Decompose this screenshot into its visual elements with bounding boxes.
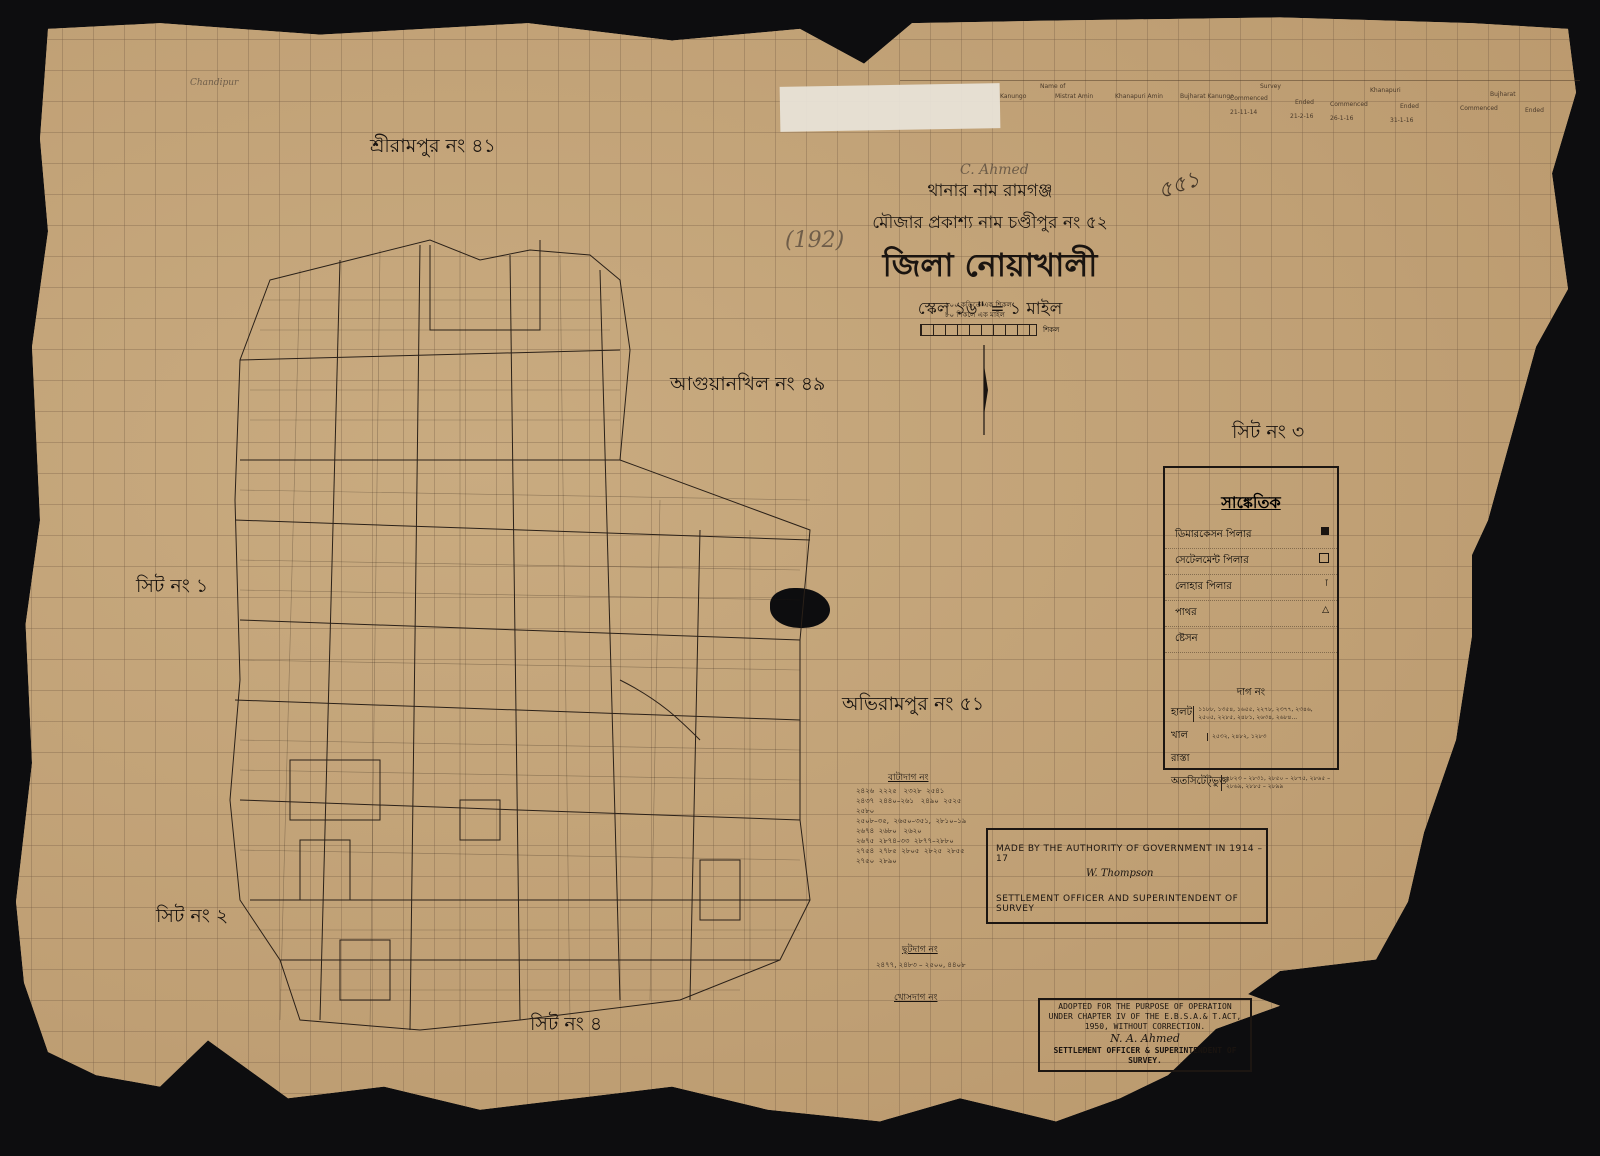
hollow-square-icon	[1319, 553, 1329, 563]
cadastral-plot-map	[220, 200, 820, 1060]
thana-name: থানার নাম রামগঞ্জ	[840, 178, 1140, 206]
legend-title: সাঙ্কেতিক	[1165, 490, 1337, 517]
legend-item: ডিমারকেসন পিলার	[1165, 523, 1337, 549]
scale-bar	[920, 324, 1037, 336]
map-legend: সাঙ্কেতিক ডিমারকেসন পিলার সেটেলমেন্ট পিল…	[1163, 466, 1339, 770]
survey-record-table: Name of Kanungo Mistrat Amin Khanapuri A…	[900, 80, 1580, 129]
scale-bar-block: ১০০ কড়িতে এক শিকল ৮০ শিকলে এক মাইল শিকল	[920, 300, 1070, 336]
cadastral-map-sheet: Name of Kanungo Mistrat Amin Khanapuri A…	[0, 0, 1600, 1156]
district-name: জিলা নোয়াখালী	[840, 240, 1140, 294]
adjacent-sheet-2: সিট নং ২	[156, 902, 228, 934]
mouza-name: মৌজার প্রকাশ্য নাম চণ্ডীপুর নং ৫২	[840, 210, 1140, 238]
legend-item: ষ্টেসন	[1165, 627, 1337, 653]
adjacent-sheet-1: সিট নং ১	[136, 572, 208, 604]
dag-row: অতসিটেট্‌ভুক্ত২৮২৩ – ২৮৩১, ২৮৫০ – ২৮৭৫, …	[1165, 771, 1337, 794]
top-left-note: Chandipur	[190, 78, 238, 88]
pin-icon: ⊺	[1324, 579, 1329, 596]
triangle-icon: △	[1322, 605, 1329, 622]
adjacent-mouza-north: শ্রীরামপুর নং ৪১	[370, 132, 496, 164]
dag-row: খাল২৫৩২, ২৪৮২, ১২৮৩	[1165, 725, 1337, 748]
signature: N. A. Ahmed	[1040, 1034, 1250, 1044]
filled-square-icon	[1321, 527, 1329, 535]
legend-item: সেটেলমেন্ট পিলার	[1165, 549, 1337, 575]
dag-row: রাস্তা	[1165, 748, 1337, 771]
pencil-note-top: C. Ahmed	[960, 162, 1029, 178]
dag-row: হালট১১৮৮, ১৩৫৪, ১৬৫৫, ২২৭৮, ২৩৭৭, ২৩৪৬, …	[1165, 702, 1337, 725]
legend-item: লোহার পিলার⊺	[1165, 575, 1337, 601]
khasdag-header: খোসদাগ নং	[894, 990, 937, 1005]
dag-header: দাগ নং	[1165, 685, 1337, 702]
batadag-values: ২৪২৬ ২২২৫ ২৩২৮ ২৫৪১ ২৪৩৭ ২৪৪০–২৬১ ২৪৯০ ২…	[856, 786, 966, 866]
chutdag-header: ছুটদাগ নং	[902, 942, 938, 957]
batadag-header: বাটাদাগ নং	[888, 770, 928, 785]
legend-item: পাথর△	[1165, 601, 1337, 627]
adjacent-mouza-east-lower: অভিরামপুর নং ৫১	[842, 690, 984, 722]
signature: W. Thompson	[1086, 868, 1154, 879]
adoption-stamp: ADOPTED FOR THE PURPOSE OF OPERATION UND…	[1038, 998, 1252, 1072]
chutdag-values: ২৪৭৭, ২৪৮৩ – ২৫০০, ৪৪০৮	[876, 960, 966, 970]
north-arrow-icon	[980, 345, 988, 435]
authority-box: MADE BY THE AUTHORITY OF GOVERNMENT IN 1…	[986, 828, 1268, 924]
adjacent-sheet-3: সিট নং ৩	[1232, 418, 1304, 450]
